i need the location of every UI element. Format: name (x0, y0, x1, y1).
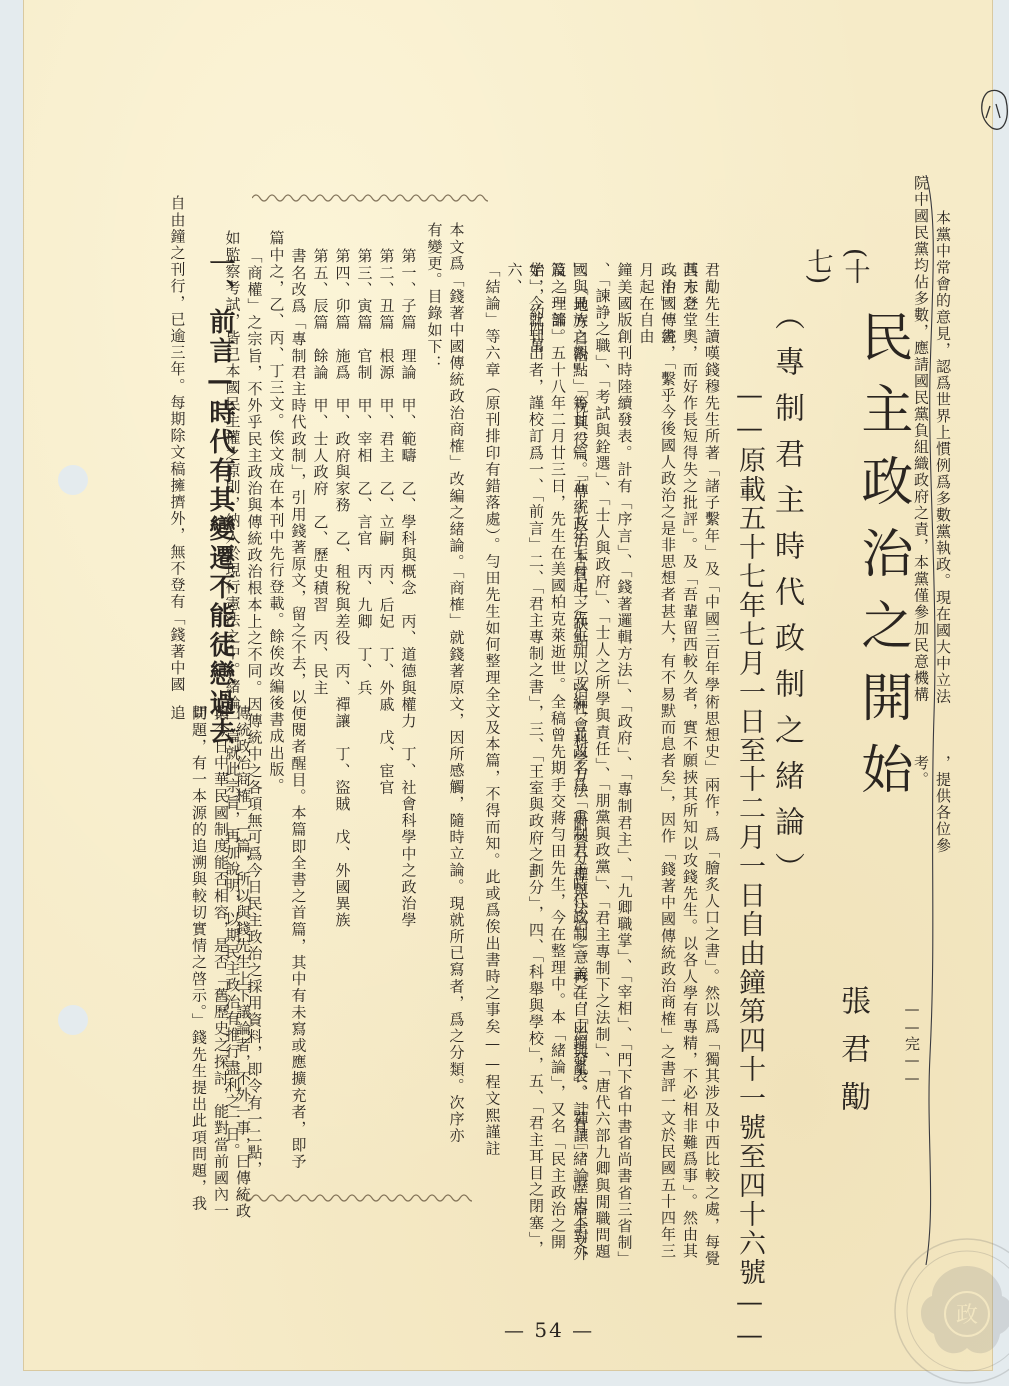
punch-hole-top (58, 465, 88, 495)
editor-note-line: 鐘美國版創刊時陸續發表。計有「序言」、「錢著邏輯方法」、「政府」、「專制君主」、… (613, 262, 635, 1272)
svg-text:政: 政 (956, 1303, 978, 1328)
article-source: ——原載五十七年七月一日至十二月一日自由鐘第四十一號至四十六號—— (730, 380, 769, 1353)
toc-item-3: 第三、寅篇 官制 甲、宰相 乙、言官 丙、九卿 丁、兵 (353, 248, 375, 1248)
handwritten-bracket-line (924, 175, 944, 1265)
punch-hole-bottom (58, 1005, 88, 1035)
ornamental-divider-top (252, 192, 488, 202)
handwritten-corner-mark-icon (974, 78, 1009, 138)
article-number: (十七) (819, 248, 874, 318)
editor-note-line: 「結論」等六章（原刊排印有錯落處）。勻田先生如何整理全文及本篇，不得而知。此或爲… (481, 262, 503, 1272)
section-heading: 一、前言—時代有其變遷不能徒戀過去 (202, 250, 239, 747)
university-seal-watermark-icon: 政 (892, 1236, 1009, 1386)
intro-line: 本文爲「錢著中國傳統政治商榷」改編之緒論。「商榷」就錢著原文，因所感觸，隨時立論… (445, 222, 467, 1232)
section-body-line: 自由鐘之刊行，已逾三年。每期除文稿擁擠外，無不登有「錢著中國 (166, 195, 188, 695)
section-body-line: 問題，有一本源的追溯與較切實情之啓示。」錢先生提出此項問題，我追 (166, 705, 209, 1225)
article-title: 民主政治之開始 (845, 310, 920, 814)
page-number: — 54 — (504, 1318, 594, 1342)
editor-note-line: 、「諫諍之職」、「考試與銓選」、「士人與政府」、「士人之所學與責任」、「朋黨與政… (591, 262, 613, 1272)
ornamental-divider-bottom (236, 1192, 472, 1202)
intro-after-toc-line: 書名改爲「專制君主時代政制」，引用錢著原文，留之不去，以便閱者醒目。本篇即全書之… (287, 248, 309, 1248)
intro-line: 有變更。目錄如下： (423, 222, 445, 1232)
editor-note-line: 字，今就刊出者，謹校訂爲一、「前言」二、「君主專制之書」，三、「王室與政府之劃分… (503, 262, 546, 1272)
end-mark: ——完—— (902, 1000, 923, 1087)
toc-item-2: 第二、丑篇 根源 甲、君主 乙、立嗣 丙、后妃 丁、外戚 戊、宦官 (375, 248, 397, 1248)
intro-after-toc-line: 篇中之，乙、丙、丁三文。俟文成在本刊中先行登載。餘俟改編後書成出版。 (265, 230, 287, 1230)
toc-item-1: 第一、子篇 理論 甲、範疇 乙、學科與概念 丙、道德與權力 丁、社會科學中之政治… (397, 248, 419, 1248)
document-page: 本黨中常會的意見，認爲世界上慣例爲多數黨執政。現在國大中立法 院中國民黨均佔多數… (24, 0, 992, 1370)
toc-item-5: 第五、辰篇 餘論 甲、士人政府 乙、歷史積習 丙、民主 (309, 248, 331, 1248)
editor-note-line: 政治」一書，「繫乎今後國人政治之是非思想者甚大，有不易默而息者矣」，因作「錢著中… (635, 262, 678, 1272)
toc-item-4: 第四、卯篇 施爲 甲、政府與家務 乙、租稅與差役 丙、禪讓 丁、盜賊 戊、外國異… (331, 248, 353, 1248)
article-author: 張君勱 (830, 985, 874, 1129)
article-subtitle: （專制君主時代政制之緒論） (764, 300, 808, 898)
